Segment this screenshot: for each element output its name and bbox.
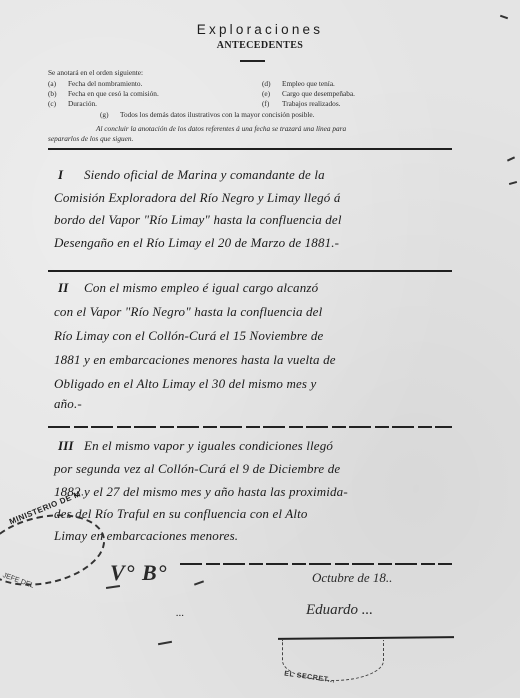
entry-I-line-2: Comisión Exploradora del Río Negro y Lim… — [54, 190, 341, 206]
document-subtitle: ANTECEDENTES — [0, 40, 520, 51]
instructions-note-line2: separarlos de los que siguen. — [48, 134, 133, 143]
instruction-letter: (e) — [262, 89, 282, 98]
instruction-letter: (a) — [48, 79, 68, 88]
instruction-text: Fecha en que cesó la comisión. — [68, 89, 159, 98]
entry-I-line-3: bordo del Vapor "Río Limay" hasta la con… — [54, 212, 342, 228]
instruction-text: Fecha del nombramiento. — [68, 79, 142, 88]
instruction-item-b: (b)Fecha en que cesó la comisión. — [48, 89, 159, 98]
footer-date: Octubre de 18.. — [312, 570, 392, 586]
instruction-text: Duración. — [68, 99, 97, 108]
entry-number: I — [58, 167, 84, 183]
separator-rule — [48, 426, 452, 428]
instruction-item-d: (d)Empleo que tenía. — [262, 79, 335, 88]
separator-rule — [48, 148, 452, 150]
entry-II-line-3: Río Limay con el Collón-Curá el 15 Novie… — [54, 328, 323, 344]
entry-III-line-2: por segunda vez al Collón-Curá el 9 de D… — [54, 461, 340, 477]
ink-flourish — [194, 580, 204, 585]
instruction-item-f: (f)Trabajos realizados. — [262, 99, 341, 108]
document-title: Exploraciones — [0, 22, 520, 37]
instruction-item-e: (e)Cargo que desempeñaba. — [262, 89, 355, 98]
instruction-letter: (g) — [100, 110, 120, 119]
margin-mark — [500, 15, 508, 20]
entry-II-line-2: con el Vapor "Río Negro" hasta la conflu… — [54, 304, 322, 320]
instruction-letter: (f) — [262, 99, 282, 108]
entry-I-line-1: ISiendo oficial de Marina y comandante d… — [58, 167, 325, 183]
margin-mark — [509, 181, 517, 185]
separator-rule — [48, 270, 452, 272]
instructions-intro: Se anotará en el orden siguiente: — [48, 68, 143, 77]
entry-III-line-3: 1882 y el 27 del mismo mes y año hasta l… — [54, 484, 348, 500]
ink-dash — [158, 641, 172, 645]
separator-rule — [180, 563, 452, 565]
instruction-text: Empleo que tenía. — [282, 79, 335, 88]
instruction-item-g: (g)Todos los demás datos ilustrativos co… — [100, 110, 314, 119]
instruction-text: Cargo que desempeñaba. — [282, 89, 355, 98]
instruction-letter: (d) — [262, 79, 282, 88]
instructions-note-line1: Al concluir la anotación de los datos re… — [96, 124, 346, 133]
entry-II-line-5: Obligado en el Alto Limay el 30 del mism… — [54, 376, 316, 392]
entry-II-line-1: IICon el mismo empleo é igual cargo alca… — [58, 280, 318, 296]
instruction-item-c: (c)Duración. — [48, 99, 97, 108]
entry-number: II — [58, 280, 84, 296]
left-mark: ... — [176, 607, 184, 619]
footer-signature: Eduardo ... — [306, 602, 373, 619]
entry-II-line-4: 1881 y en embarcaciones menores hasta la… — [54, 352, 336, 368]
entry-III-line-1: IIIEn el mismo vapor y iguales condicion… — [58, 438, 333, 454]
ink-flourish — [106, 585, 120, 589]
instruction-letter: (c) — [48, 99, 68, 108]
title-underline — [240, 60, 265, 62]
entry-II-line-6: año.- — [54, 396, 82, 412]
entry-number: III — [58, 438, 84, 454]
instruction-text: Todos los demás datos ilustrativos con l… — [120, 110, 314, 119]
instruction-text: Trabajos realizados. — [282, 99, 341, 108]
approval-initials: V° B° — [110, 560, 167, 586]
entry-I-line-4: Desengaño en el Río Limay el 20 de Marzo… — [54, 235, 339, 251]
margin-mark — [507, 156, 515, 161]
instruction-item-a: (a)Fecha del nombramiento. — [48, 79, 142, 88]
instruction-letter: (b) — [48, 89, 68, 98]
document-page: Exploraciones ANTECEDENTES Se anotará en… — [0, 0, 520, 698]
entry-III-line-4: des del Río Traful en su confluencia con… — [54, 506, 308, 522]
